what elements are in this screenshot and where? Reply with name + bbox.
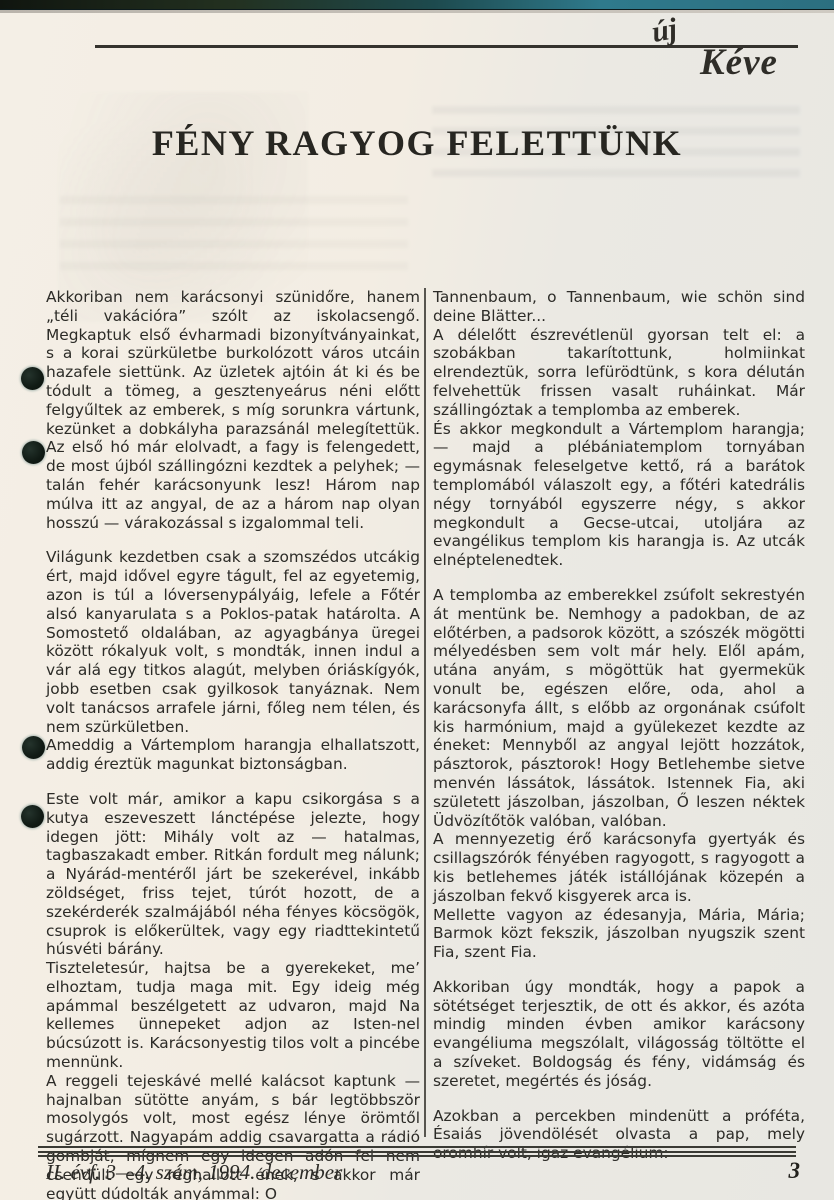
masthead-logo-prefix: új — [649, 12, 680, 50]
bleedthrough-ghost-text-left — [60, 196, 408, 284]
paragraph: Ameddig a Vártemplom harangja elhallatsz… — [46, 736, 420, 774]
footer-issue-line: II. évf. 3—4. szám, 1994. december — [46, 1160, 342, 1185]
punch-hole — [22, 736, 45, 759]
column-divider-rule — [424, 288, 426, 1137]
scanned-magazine-page: új Kéve FÉNY RAGYOG FELETTÜNK Akkoriban … — [0, 0, 834, 1200]
paragraph: Világunk kezdetben csak a szomszédos utc… — [46, 548, 420, 736]
paragraph: A délelőtt észrevétlenül gyorsan telt el… — [433, 326, 805, 420]
footer-rule — [38, 1146, 796, 1157]
paragraph: Akkoriban nem karácsonyi szünidőre, hane… — [46, 288, 420, 532]
page-edge-scan-line — [0, 10, 834, 13]
paragraph: Tannenbaum, o Tannenbaum, wie schön sind… — [433, 288, 805, 326]
article-column-left: Akkoriban nem karácsonyi szünidőre, hane… — [46, 288, 420, 1200]
page-number: 3 — [789, 1158, 801, 1184]
paragraph: És akkor megkondult a Vártemplom harangj… — [433, 420, 805, 570]
paragraph: Tiszteletesúr, hajtsa be a gyerekeket, m… — [46, 959, 420, 1072]
article-column-right: Tannenbaum, o Tannenbaum, wie schön sind… — [433, 288, 805, 1163]
article-title: FÉNY RAGYOG FELETTÜNK — [0, 122, 834, 164]
paragraph: Este volt már, amikor a kapu csikorgása … — [46, 790, 420, 959]
masthead-rule — [95, 45, 798, 48]
punch-hole — [21, 805, 44, 828]
paragraph: Mellette vagyon az édesanyja, Mária, Már… — [433, 906, 805, 962]
paragraph: A mennyezetig érő karácsonyfa gyertyák é… — [433, 830, 805, 905]
punch-hole — [21, 367, 44, 390]
masthead-logo-name: Kéve — [700, 44, 778, 81]
paragraph: A templomba az emberekkel zsúfolt sekres… — [433, 586, 805, 830]
punch-hole — [22, 441, 45, 464]
page-edge-scan-bar — [0, 0, 834, 10]
paragraph: Akkoriban úgy mondták, hogy a papok a sö… — [433, 978, 805, 1091]
